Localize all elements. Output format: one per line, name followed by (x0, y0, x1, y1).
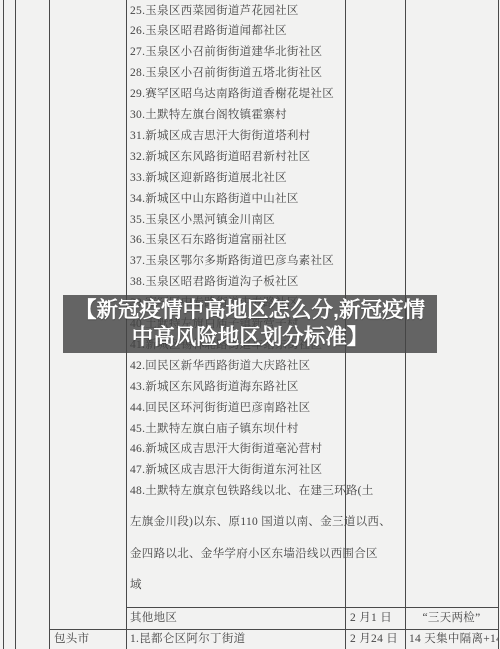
area-48-line: 金四路以北、金华学府小区东墙沿线以西围合区 (130, 544, 378, 565)
area-list-item: 33.新城区迎新路街道展北社区 (130, 168, 287, 189)
baotou-area-cell: 1.昆都仑区阿尔丁街道 (130, 629, 245, 649)
area-48-line: 48.土默特左旗京包铁路线以北、在建三环路(土 (130, 481, 374, 502)
area-list-item: 44.回民区环河街街道巴彦南路社区 (130, 398, 310, 419)
area-list-item: 38.玉泉区昭君路街道沟子板社区 (130, 272, 299, 293)
overlay-title-line1: 【新冠疫情中高地区怎么分,新冠疫情 (75, 297, 425, 324)
table-border-left (3, 0, 4, 649)
area-48-line: 左旗金川段)以东、原110 国道以南、金三道以西、 (130, 512, 391, 533)
area-list-item: 46.新城区成吉思汗大街街道毫沁营村 (130, 439, 322, 460)
area-list-item: 42.回民区新华西路街道大庆路社区 (130, 356, 310, 377)
area-list-item: 28.玉泉区小召前街街道五塔北街社区 (130, 63, 322, 84)
other-area-date-cell: 2 月1 日 (350, 607, 392, 629)
area-list-item: 35.玉泉区小黑河镇金川南区 (130, 210, 275, 231)
other-area-cell: 其他地区 (130, 607, 177, 629)
area-list-item: 25.玉泉区西菜园街道芦花园社区 (130, 1, 299, 22)
area-list-item: 27.玉泉区小召前街街道建华北街社区 (130, 42, 322, 63)
area-list-item: 31.新城区成吉思汗大街街道塔利村 (130, 126, 310, 147)
area-list-item: 34.新城区中山东路街道中山社区 (130, 189, 299, 210)
document-page: 25.玉泉区西菜园街道芦花园社区26.玉泉区昭君路街道闻都社区27.玉泉区小召前… (0, 0, 500, 649)
area-list-item: 29.赛罕区昭乌达南路街道香榭花堤社区 (130, 84, 334, 105)
overlay-title-line2: 中高风险地区划分标准】 (132, 324, 369, 351)
table-rule-col1 (15, 0, 16, 649)
city-cell-baotou: 包头市 (54, 629, 89, 649)
area-list-item: 30.土默特左旗台阁牧镇霍寨村 (130, 105, 287, 126)
table-rule-col2 (49, 0, 50, 649)
area-list-item: 45.土默特左旗白庙子镇东坝什村 (130, 419, 299, 440)
table-border-right (498, 0, 499, 649)
area-list-item: 43.新城区东风路街道海东路社区 (130, 377, 299, 398)
area-list-item: 36.玉泉区石东路街道富丽社区 (130, 230, 287, 251)
area-list-item: 26.玉泉区昭君路街道闻都社区 (130, 21, 287, 42)
other-area-measure-cell: “三天两检” (405, 607, 498, 629)
area-list-item: 32.新城区东风路街道昭君新村社区 (130, 147, 310, 168)
area-list-item: 47.新城区成吉思汗大街街道东河社区 (130, 460, 322, 481)
baotou-measure-cell: 14 天集中隔离+14 (409, 629, 498, 649)
overlay-banner: 【新冠疫情中高地区怎么分,新冠疫情 中高风险地区划分标准】 (63, 295, 437, 353)
area-list-item: 37.玉泉区鄂尔多斯路街道巴彦乌素社区 (130, 251, 334, 272)
area-48-line: 域 (130, 575, 142, 596)
baotou-date-cell: 2 月24 日 (350, 629, 398, 649)
